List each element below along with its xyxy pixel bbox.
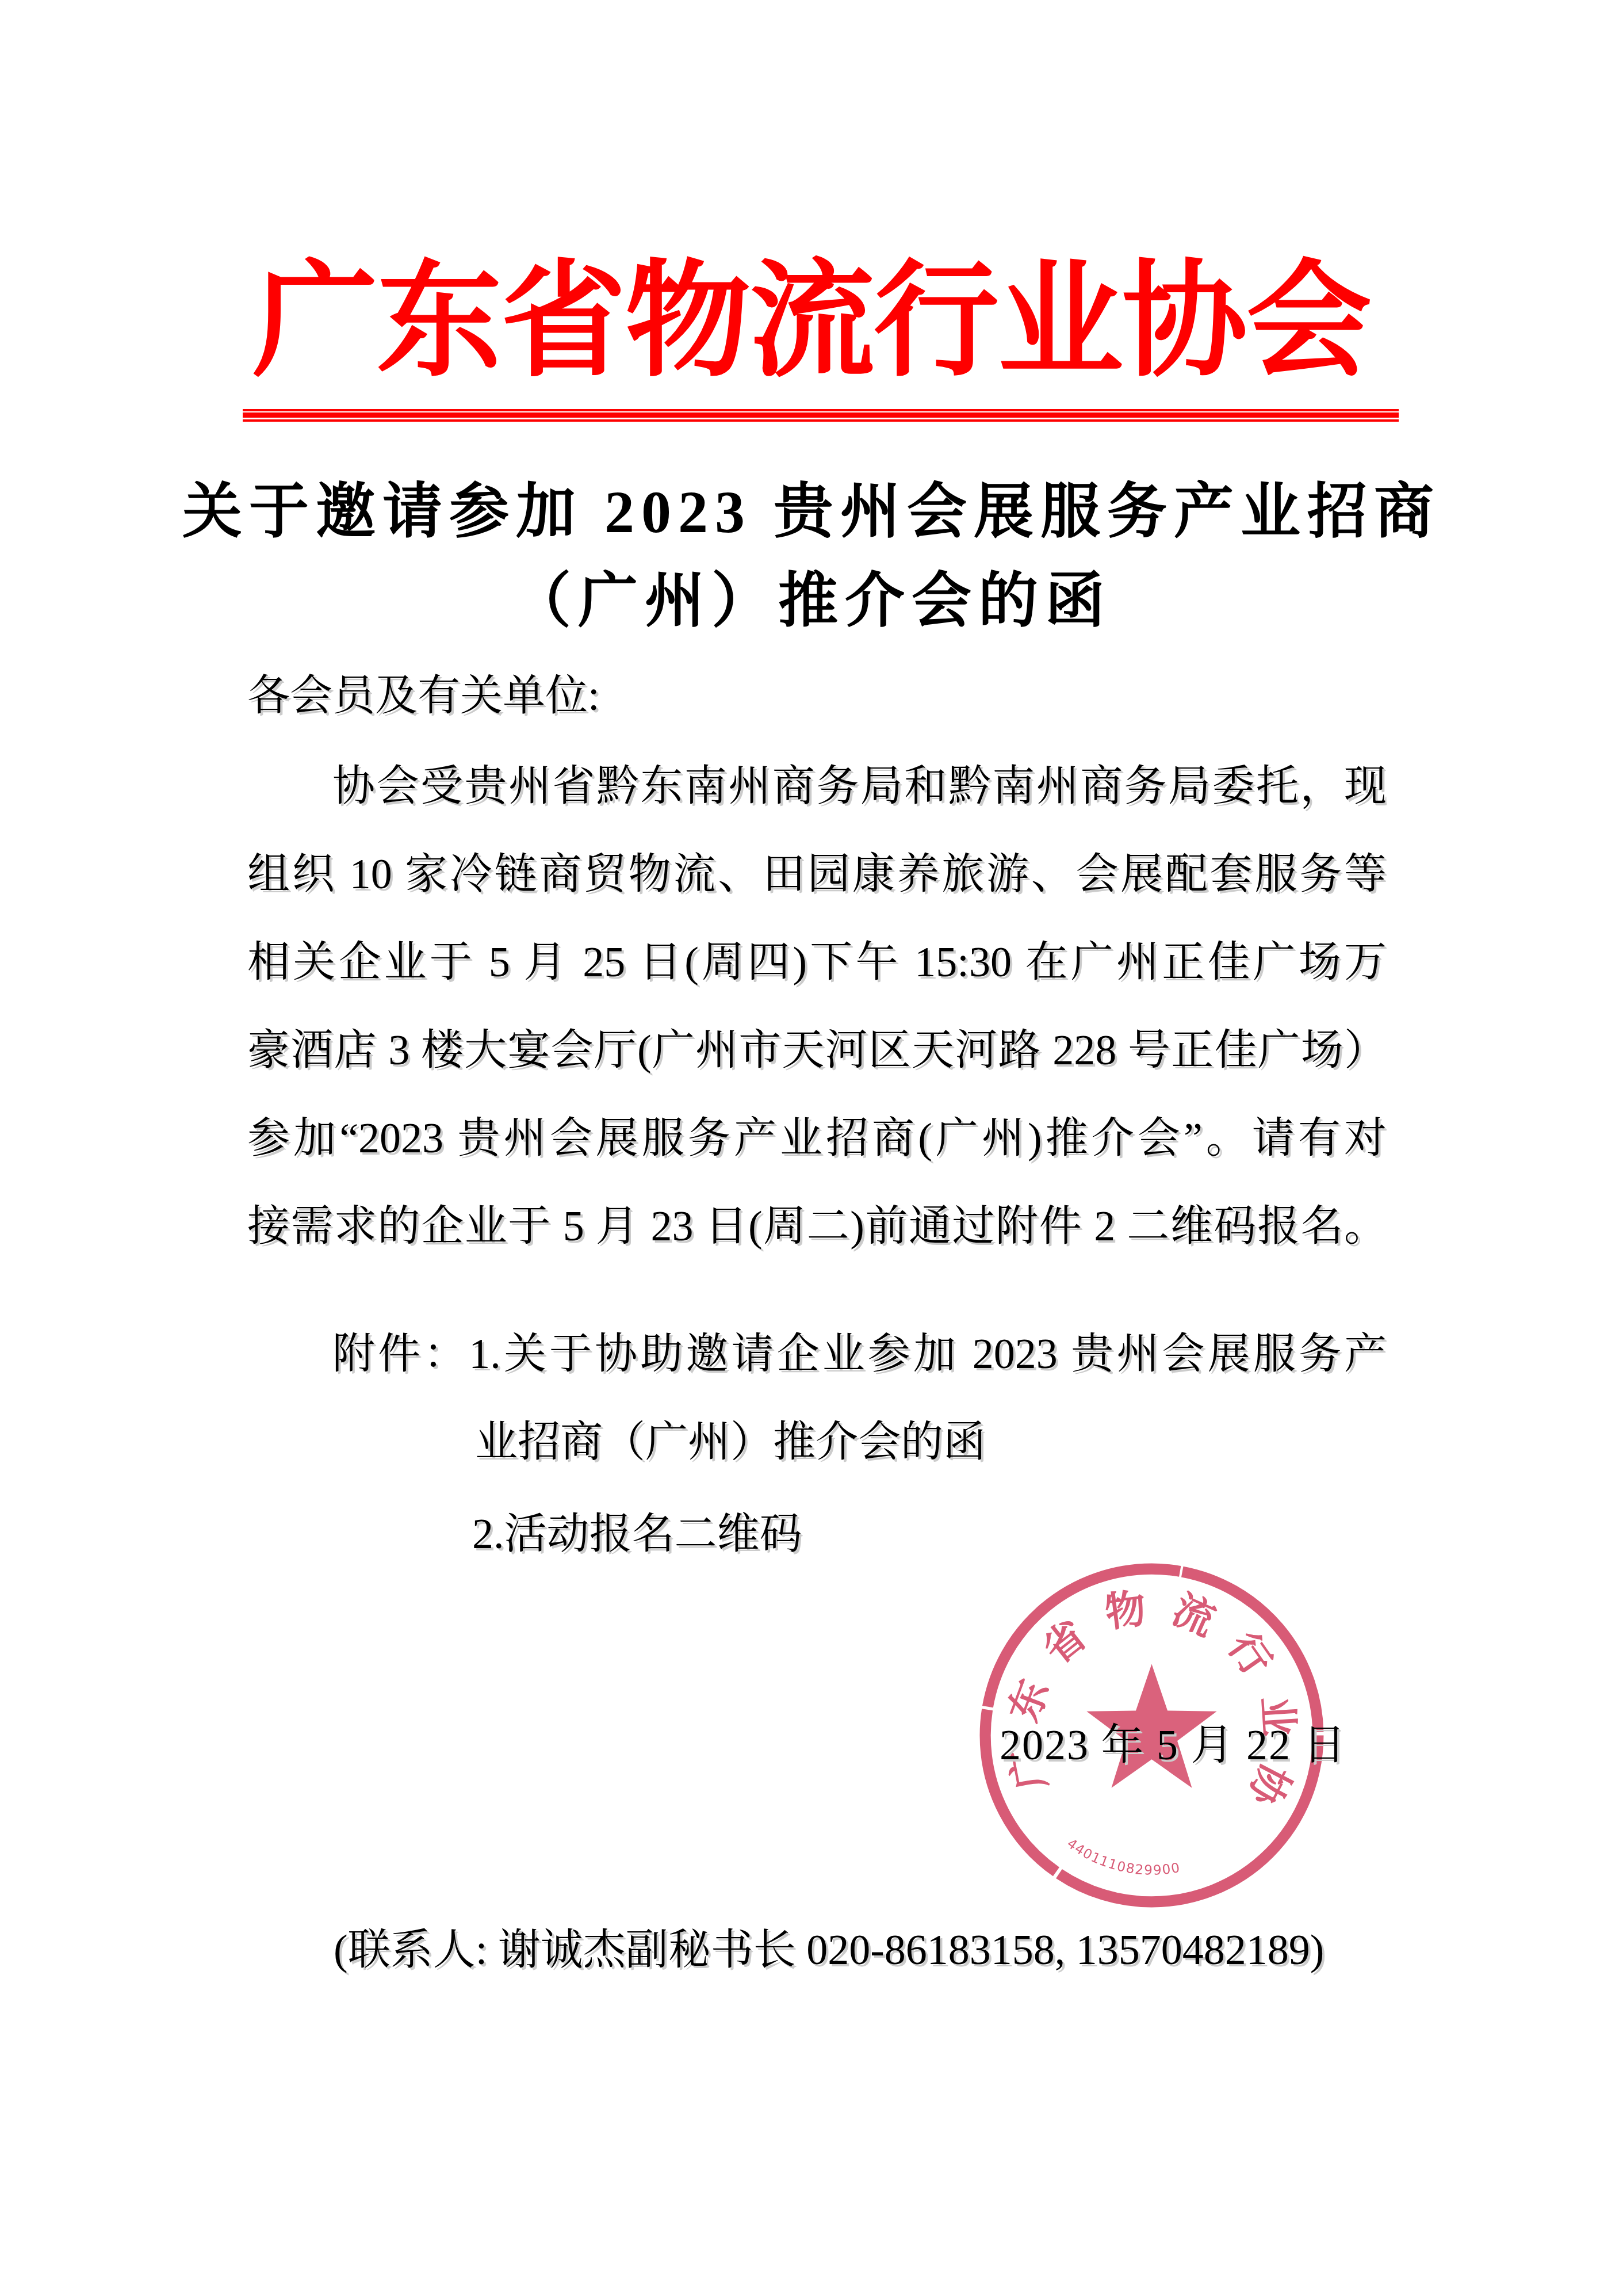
salutation: 各会员及有关单位: — [247, 672, 600, 721]
letterhead-title: 广东省物流行业协会 — [0, 249, 1623, 396]
paragraph-line: 接需求的企业于 5 月 23 日(周二)前通过附件 2 二维码报名。 — [247, 1202, 1387, 1254]
attachment-item2: 2.活动报名二维码 — [472, 1510, 802, 1559]
paragraph-line: 相关企业于 5 月 25 日(周四)下午 15:30 在广州正佳广场万 — [247, 938, 1387, 990]
paragraph-line: 豪酒店 3 楼大宴会厅(广州市天河区天河路 228 号正佳广场） — [247, 1026, 1387, 1078]
issue-date: 2023 年 5 月 22 日 — [1000, 1721, 1347, 1770]
paragraph-line: 组织 10 家冷链商贸物流、田园康养旅游、会展配套服务等 — [247, 850, 1387, 902]
document-title-line2: （广州）推介会的函 — [0, 564, 1623, 639]
letterhead-rule — [243, 409, 1399, 422]
attachment-list-line1: 附件：1.关于协助邀请企业参加 2023 贵州会展服务产 — [332, 1330, 1387, 1382]
svg-text:4401110829900: 4401110829900 — [1064, 1836, 1181, 1878]
paragraph-line: 协会受贵州省黔东南州商务局和黔南州商务局委托，现 — [332, 762, 1387, 814]
seal-code-text: 4401110829900 — [1064, 1836, 1181, 1878]
contact-line: (联系人: 谢诚杰副秘书长 020-86183158, 13570482189) — [334, 1926, 1325, 1975]
document-title-line1: 关于邀请参加 2023 贵州会展服务产业招商 — [0, 475, 1623, 550]
attachment-item1-continuation: 业招商（广州）推介会的函 — [475, 1418, 986, 1467]
letter-page: 广东省物流行业协会 关于邀请参加 2023 贵州会展服务产业招商 （广州）推介会… — [0, 0, 1623, 2296]
paragraph-line: 参加“2023 贵州会展服务产业招商(广州)推介会”。请有对 — [247, 1114, 1387, 1166]
